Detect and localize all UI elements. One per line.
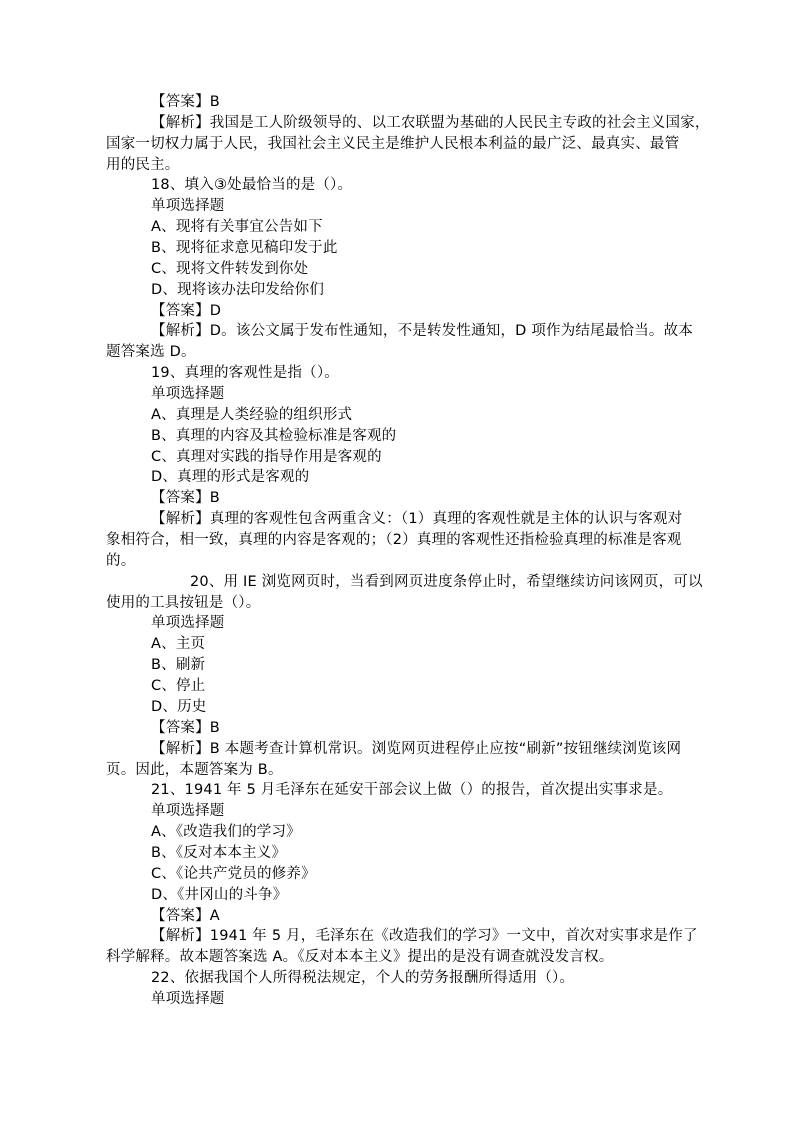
question-21-block: 21、1941 年 5 月毛泽东在延安干部会议上做（）的报告，首次提出实事求是。… bbox=[106, 780, 706, 968]
doc-line: 18、填入③处最恰当的是（）。 bbox=[106, 175, 706, 196]
doc-line: B、《反对本本主义》 bbox=[106, 843, 706, 864]
doc-line: 21、1941 年 5 月毛泽东在延安干部会议上做（）的报告，首次提出实事求是。 bbox=[106, 780, 706, 801]
doc-line: A、现将有关事宜公告如下 bbox=[106, 217, 706, 238]
doc-line: 【答案】D bbox=[106, 301, 706, 322]
document-text-area: 【答案】B【解析】我国是工人阶级领导的、以工农联盟为基础的人民民主专政的社会主义… bbox=[106, 92, 706, 1010]
question-20-block: 20、用 IE 浏览网页时，当看到网页进度条停止时，希望继续访问该网页，可以使用… bbox=[106, 572, 706, 781]
doc-line: 题答案选 D。 bbox=[106, 342, 706, 363]
doc-line: 【解析】B 本题考查计算机常识。浏览网页进程停止应按“刷新”按钮继续浏览该网 bbox=[106, 739, 706, 760]
doc-line: 单项选择题 bbox=[106, 196, 706, 217]
doc-line: 页。因此，本题答案为 B。 bbox=[106, 760, 706, 781]
doc-line: D、现将该办法印发给你们 bbox=[106, 280, 706, 301]
doc-line: 【答案】B bbox=[106, 488, 706, 509]
doc-line: B、真理的内容及其检验标准是客观的 bbox=[106, 426, 706, 447]
doc-line: 22、依据我国个人所得税法规定，个人的劳务报酬所得适用（）。 bbox=[106, 968, 706, 989]
doc-line: D、真理的形式是客观的 bbox=[106, 467, 706, 488]
doc-line: 【答案】B bbox=[106, 718, 706, 739]
doc-line: 单项选择题 bbox=[106, 801, 706, 822]
doc-line: B、现将征求意见稿印发于此 bbox=[106, 238, 706, 259]
doc-line: 20、用 IE 浏览网页时，当看到网页进度条停止时，希望继续访问该网页，可以 bbox=[106, 572, 706, 593]
doc-line: 单项选择题 bbox=[106, 989, 706, 1010]
question-17-answer-block: 【答案】B【解析】我国是工人阶级领导的、以工农联盟为基础的人民民主专政的社会主义… bbox=[106, 92, 706, 175]
doc-line: A、主页 bbox=[106, 634, 706, 655]
doc-line: 【解析】D。该公文属于发布性通知，不是转发性通知，D 项作为结尾最恰当。故本 bbox=[106, 321, 706, 342]
doc-line: 象相符合，相一致，真理的内容是客观的；（2）真理的客观性还指检验真理的标准是客观 bbox=[106, 530, 706, 551]
doc-line: C、停止 bbox=[106, 676, 706, 697]
doc-line: 【解析】真理的客观性包含两重含义：（1）真理的客观性就是主体的认识与客观对 bbox=[106, 509, 706, 530]
doc-line: 19、真理的客观性是指（）。 bbox=[106, 363, 706, 384]
doc-line: 【解析】我国是工人阶级领导的、以工农联盟为基础的人民民主专政的社会主义国家， bbox=[106, 113, 706, 134]
doc-line: B、刷新 bbox=[106, 655, 706, 676]
doc-line: 科学解释。故本题答案选 A。《反对本本主义》提出的是没有调查就没发言权。 bbox=[106, 947, 706, 968]
doc-line: D、历史 bbox=[106, 697, 706, 718]
doc-line: D、《井冈山的斗争》 bbox=[106, 885, 706, 906]
doc-line: A、真理是人类经验的组织形式 bbox=[106, 405, 706, 426]
doc-line: 用的民主。 bbox=[106, 155, 706, 176]
doc-line: C、真理对实践的指导作用是客观的 bbox=[106, 447, 706, 468]
doc-line: C、《论共产党员的修养》 bbox=[106, 864, 706, 885]
doc-line: 【答案】B bbox=[106, 92, 706, 113]
doc-line: 单项选择题 bbox=[106, 613, 706, 634]
doc-line: 【答案】A bbox=[106, 906, 706, 927]
question-19-block: 19、真理的客观性是指（）。单项选择题A、真理是人类经验的组织形式B、真理的内容… bbox=[106, 363, 706, 572]
doc-line: 的。 bbox=[106, 551, 706, 572]
doc-line: 国家一切权力属于人民，我国社会主义民主是维护人民根本利益的最广泛、最真实、最管 bbox=[106, 134, 706, 155]
doc-line: 【解析】1941 年 5 月，毛泽东在《改造我们的学习》一文中，首次对实事求是作… bbox=[106, 926, 706, 947]
doc-line: 使用的工具按钮是（）。 bbox=[106, 593, 706, 614]
doc-line: A、《改造我们的学习》 bbox=[106, 822, 706, 843]
doc-line: 单项选择题 bbox=[106, 384, 706, 405]
document-page: 【答案】B【解析】我国是工人阶级领导的、以工农联盟为基础的人民民主专政的社会主义… bbox=[0, 0, 794, 1123]
question-22-block: 22、依据我国个人所得税法规定，个人的劳务报酬所得适用（）。单项选择题 bbox=[106, 968, 706, 1010]
doc-line: C、现将文件转发到你处 bbox=[106, 259, 706, 280]
question-18-block: 18、填入③处最恰当的是（）。单项选择题A、现将有关事宜公告如下B、现将征求意见… bbox=[106, 175, 706, 363]
